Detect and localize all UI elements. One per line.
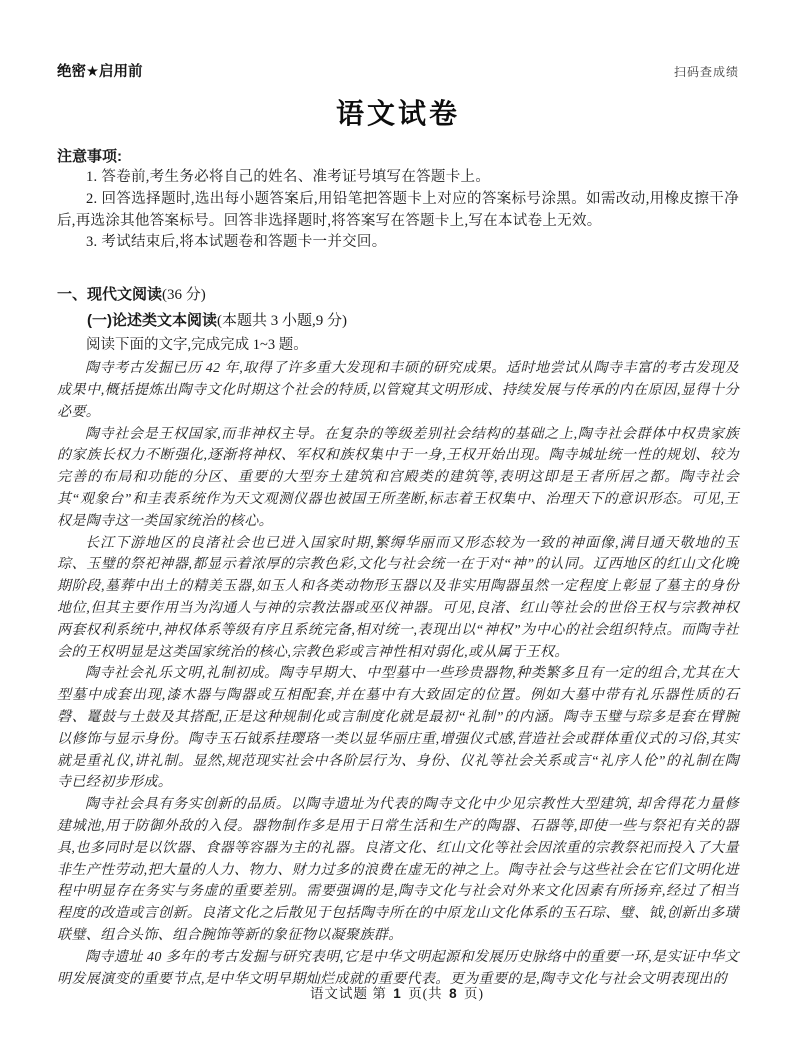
notice-item-2: 2. 回答选择题时,选出每小题答案后,用铅笔把答题卡上对应的答案标号涂黑。如需改…	[57, 189, 739, 233]
exam-page: 绝密★启用前 扫码查成绩 语文试卷 注意事项: 1. 答卷前,考生务必将自己的姓…	[0, 0, 794, 1059]
passage-paragraph-5: 陶寺社会具有务实创新的品质。以陶寺遗址为代表的陶寺文化中少见宗教性大型建筑, 却…	[57, 794, 739, 947]
notice-item-1: 1. 答卷前,考生务必将自己的姓名、准考证号填写在答题卡上。	[57, 167, 739, 189]
scan-score-label: 扫码查成绩	[674, 63, 739, 80]
section-heading-label: 一、现代文阅读	[57, 286, 162, 303]
page-footer: 语文试题 第 1 页(共 8 页)	[0, 982, 794, 1002]
subsection-heading-label: (一)论述类文本阅读	[87, 312, 217, 329]
reading-passage: 陶寺考古发掘已历 42 年,取得了许多重大发现和丰硕的研究成果。适时地尝试从陶寺…	[57, 358, 739, 990]
footer-page-number: 1	[391, 986, 404, 1001]
passage-paragraph-1: 陶寺考古发掘已历 42 年,取得了许多重大发现和丰硕的研究成果。适时地尝试从陶寺…	[57, 358, 739, 423]
notice-heading: 注意事项:	[57, 145, 739, 166]
footer-subject-label: 语文试题 第	[310, 986, 387, 1001]
passage-paragraph-2: 陶寺社会是王权国家,而非神权主导。在复杂的等级差别社会结构的基础之上,陶寺社会群…	[57, 424, 739, 533]
passage-paragraph-4: 陶寺社会礼乐文明,礼制初成。陶寺早期大、中型墓中一些珍贵器物,种类繁多且有一定的…	[57, 663, 739, 794]
notice-section: 注意事项: 1. 答卷前,考生务必将自己的姓名、准考证号填写在答题卡上。 2. …	[57, 145, 739, 254]
footer-total-pages: 8	[447, 986, 460, 1001]
notice-item-3: 3. 考试结束后,将本试题卷和答题卡一并交回。	[57, 232, 739, 254]
footer-mid-label: 页(共	[408, 986, 443, 1001]
subsection-heading-points: (本题共 3 小题,9 分)	[217, 313, 347, 329]
security-classification-label: 绝密★启用前	[57, 60, 143, 81]
passage-paragraph-3: 长江下游地区的良渚社会也已进入国家时期,繁缛华丽而又形态较为一致的神面像,满目通…	[57, 533, 739, 664]
section-heading-points: (36 分)	[162, 287, 206, 303]
subsection-heading-argumentative-reading: (一)论述类文本阅读(本题共 3 小题,9 分)	[57, 309, 739, 333]
section-heading-modern-reading: 一、现代文阅读(36 分)	[57, 283, 739, 307]
footer-suffix-label: 页)	[464, 986, 484, 1001]
page-header: 绝密★启用前 扫码查成绩	[57, 60, 739, 81]
exam-title: 语文试卷	[57, 92, 739, 132]
reading-instruction: 阅读下面的文字,完成完成 1~3 题。	[57, 334, 739, 357]
